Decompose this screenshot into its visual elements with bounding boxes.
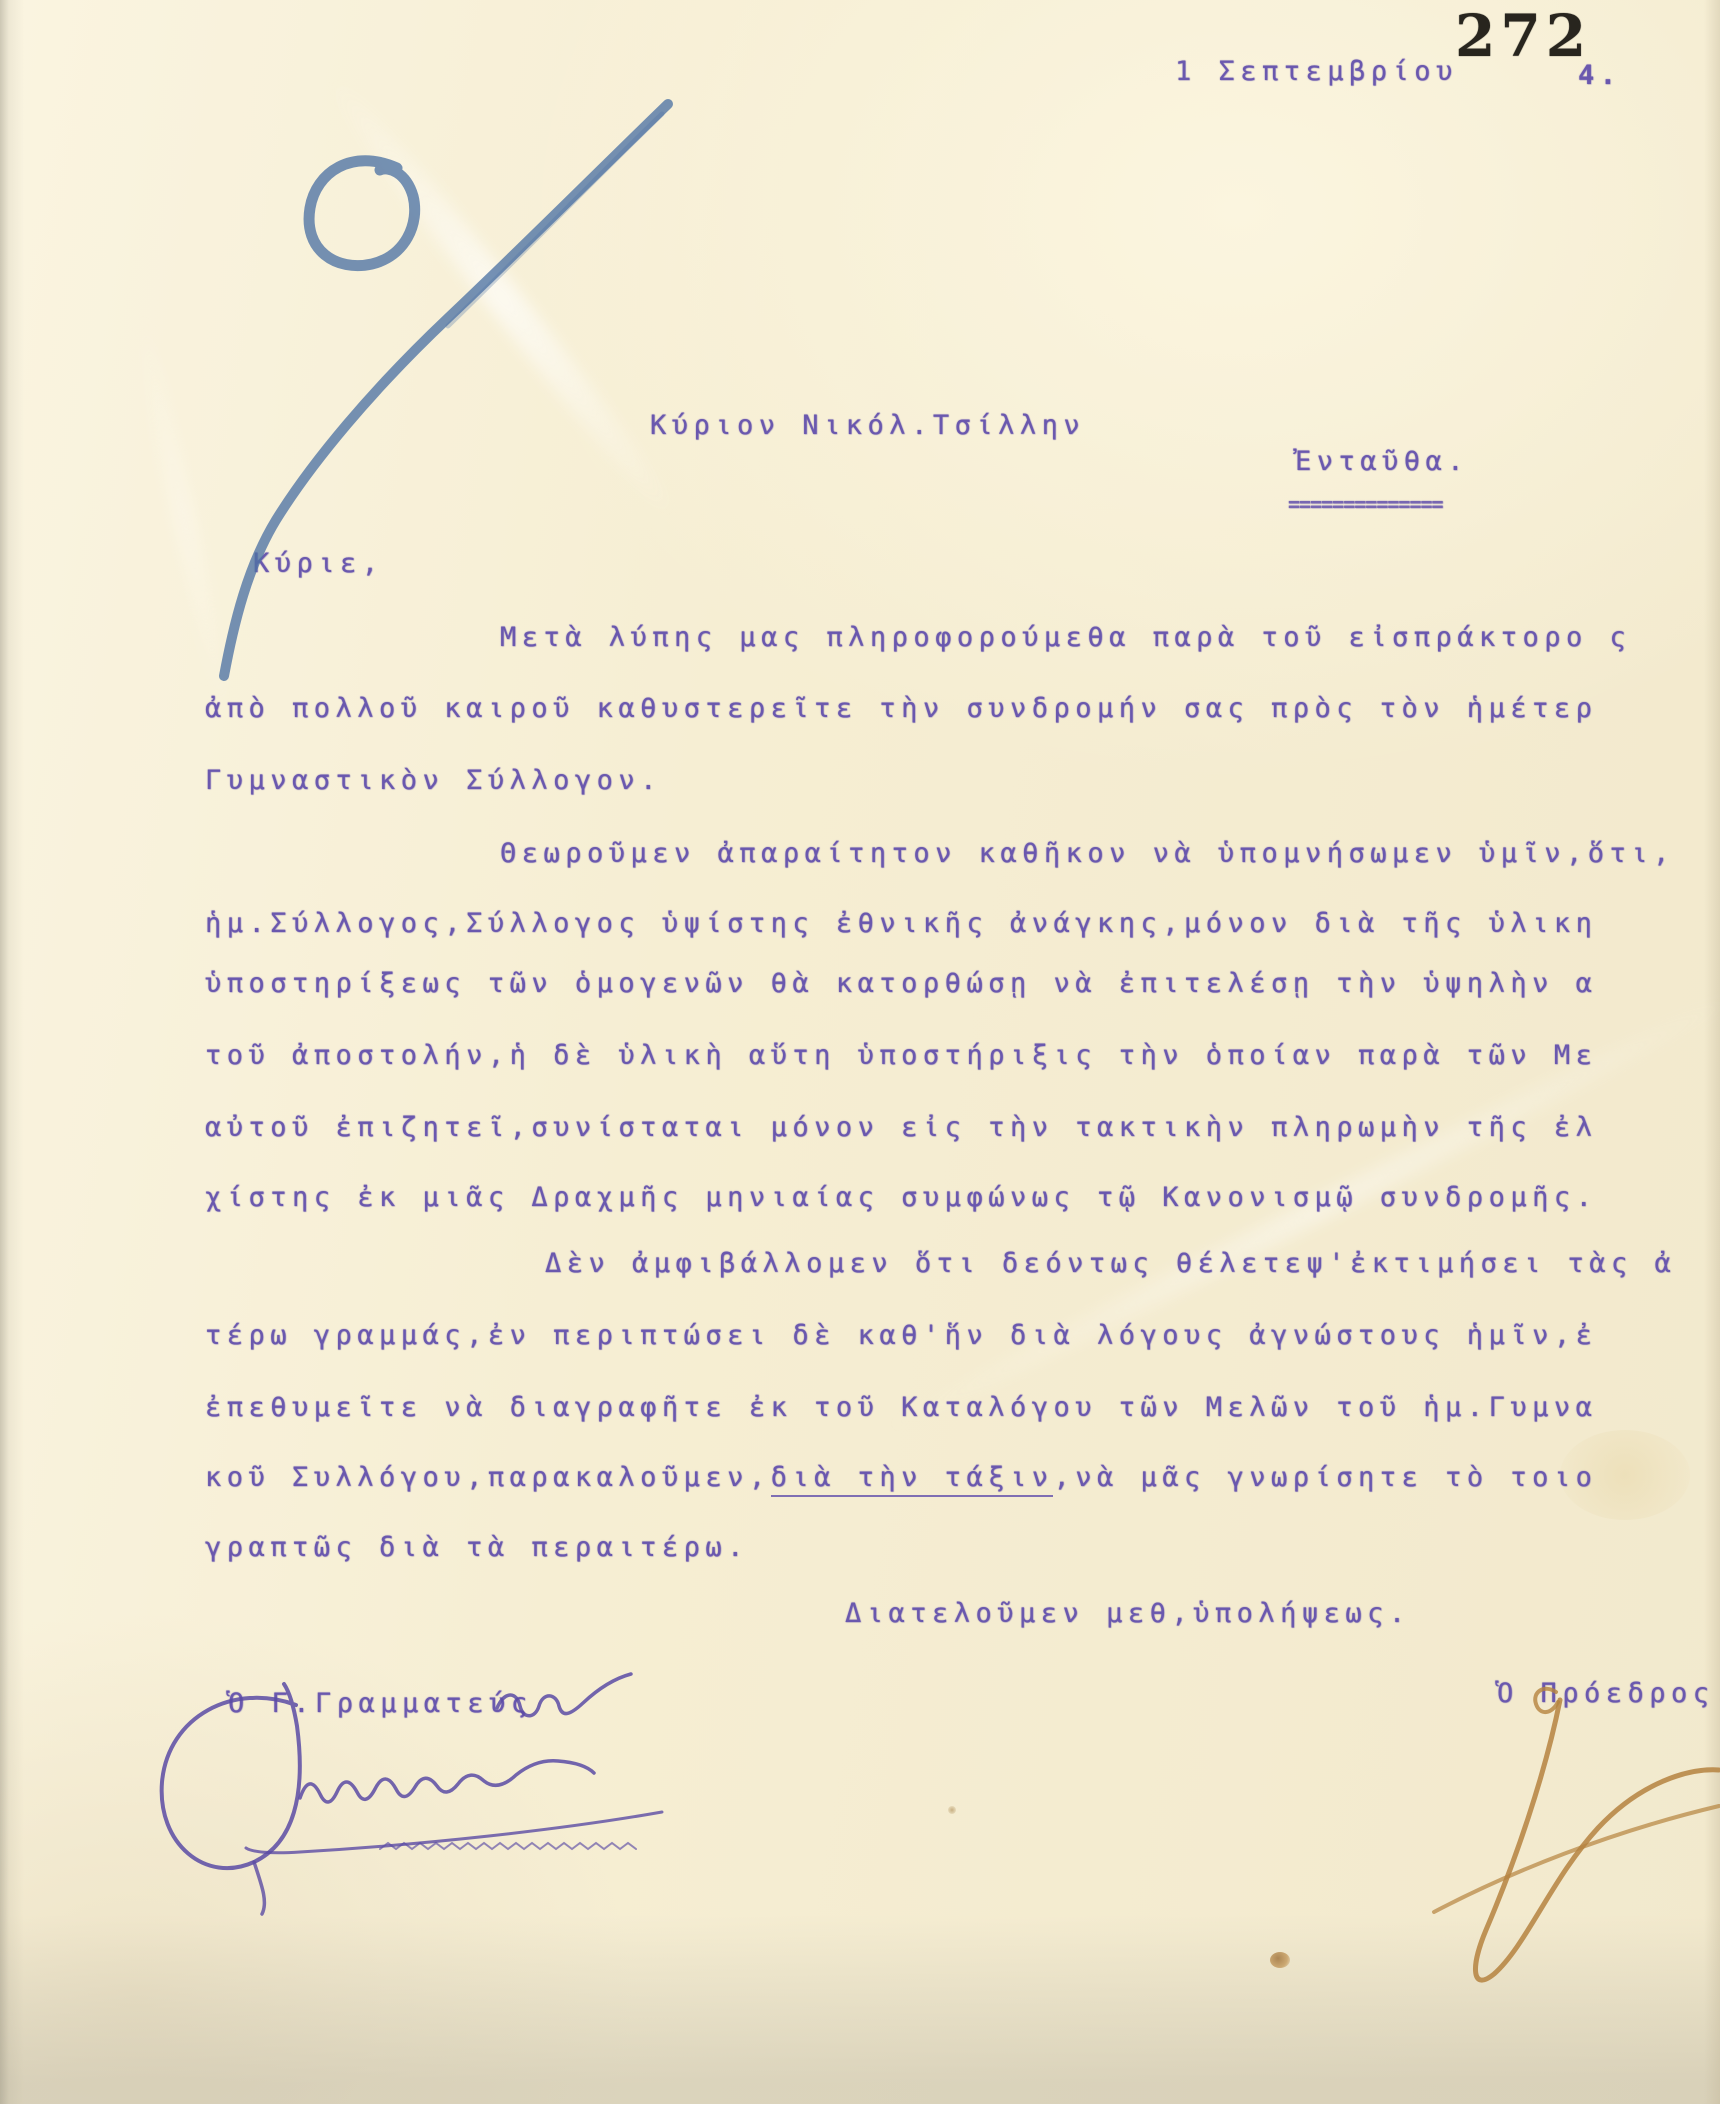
paper-crease — [317, 67, 689, 529]
paper-stain — [948, 1806, 956, 1814]
line-13-pre: κοῦ Συλλόγου,παρακαλοῦμεν, — [205, 1462, 771, 1493]
underlined-phrase: διὰ τὴν τάξιν — [771, 1462, 1054, 1497]
location-line: Ἐνταῦθα. — [1295, 446, 1469, 477]
paper-crease — [129, 309, 238, 724]
president-signature — [1434, 1689, 1719, 1980]
blue-pencil-mark — [224, 104, 668, 676]
page-number: 4. — [1578, 60, 1622, 91]
letter-line-14: γραπτῶς διὰ τὰ περαιτέρω. — [205, 1532, 749, 1563]
secretary-title: Ὁ Γ.Γραμματεύς — [228, 1688, 533, 1719]
president-title: Ὁ Πρόεδρος. — [1497, 1678, 1720, 1709]
letter-line-3: Γυμναστικὸν Σύλλογον. — [205, 765, 662, 796]
date-line: 1 Σεπτεμβρίου — [1175, 56, 1458, 87]
letter-line-9: χίστης ἐκ μιᾶς Δραχμῆς μηνιαίας συμφώνως… — [205, 1182, 1597, 1213]
line-13-post: ,νὰ μᾶς γνωρίσητε τὸ τοιο — [1053, 1462, 1597, 1493]
letter-line-5: ἡμ.Σύλλογος,Σύλλογος ὑψίστης ἐθνικῆς ἀνά… — [205, 908, 1597, 939]
letter-line-8: αὐτοῦ ἐπιζητεῖ,συνίσταται μόνον εἰς τὴν … — [205, 1112, 1597, 1143]
salutation: Κύριε, — [253, 548, 384, 579]
letter-line-1: Μετὰ λύπης μας πληροφορούμεθα παρὰ τοῦ ε… — [500, 622, 1631, 653]
letter-line-11: τέρω γραμμάς,ἐν περιπτώσει δὲ καθ'ἥν διὰ… — [205, 1320, 1597, 1351]
letter-line-2: ἀπὸ πολλοῦ καιροῦ καθυστερεῖτε τὴν συνδρ… — [205, 693, 1597, 724]
letter-line-12: ἐπεθυμεῖτε νὰ διαγραφῆτε ἐκ τοῦ Καταλόγο… — [205, 1392, 1597, 1423]
letter-line-6: ὑποστηρίξεως τῶν ὁμογενῶν θὰ κατορθώσῃ ν… — [205, 968, 1597, 999]
location-underline: ============== — [1288, 492, 1443, 516]
letter-line-7: τοῦ ἀποστολήν,ἡ δὲ ὑλικὴ αὕτη ὑποστήριξι… — [205, 1040, 1597, 1071]
recipient-line: Κύριον Νικόλ.Τσίλλην — [650, 410, 1085, 441]
paper-stain — [1270, 1952, 1290, 1968]
letter-line-13: κοῦ Συλλόγου,παρακαλοῦμεν,διὰ τὴν τάξιν,… — [205, 1462, 1597, 1493]
closing-line: Διατελοῦμεν μεθ,ὑπολήψεως. — [845, 1598, 1411, 1629]
pencil-o-mark — [309, 161, 415, 266]
letter-line-10: Δὲν ἀμφιβάλλομεν ὅτι δεόντως θέλετεψ'ἐκτ… — [545, 1248, 1676, 1279]
archive-number-stamp: 272 — [1455, 2, 1591, 70]
scanned-letter-page: 272 1 Σεπτεμβρίου 4. Κύριον Νικόλ.Τσίλλη… — [0, 0, 1720, 2104]
letter-line-4: Θεωροῦμεν ἀπαραίτητον καθῆκον νὰ ὑπομνήσ… — [500, 838, 1675, 869]
